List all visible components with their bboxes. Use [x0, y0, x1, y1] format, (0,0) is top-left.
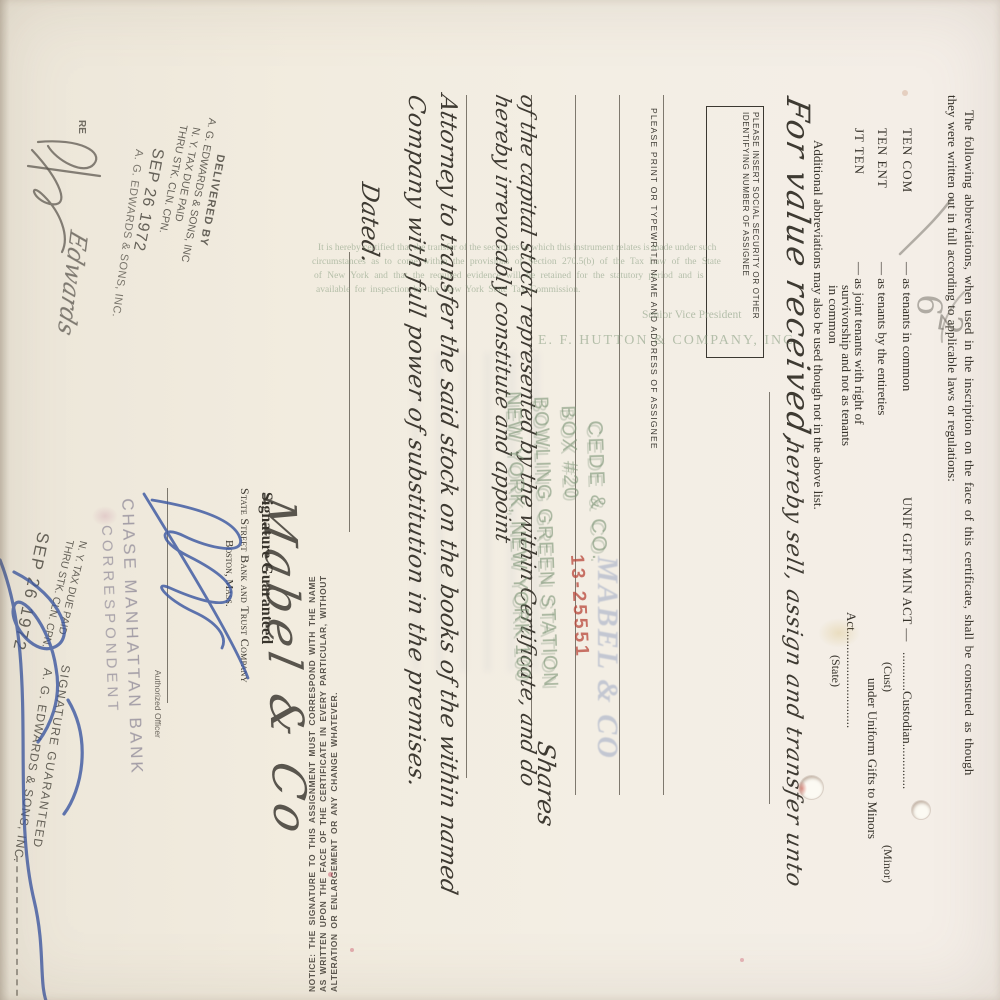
abbr-jt-ten-def-2: survivorship and not as tenants — [840, 285, 853, 446]
unif-cust-label: (Cust) — [882, 662, 894, 692]
chase-stamp-line-2: CORRESPONDENT — [99, 525, 121, 715]
unif-under-line: under Uniform Gifts to Minors — [866, 678, 879, 839]
unif-minor-label: (Minor) — [882, 845, 894, 883]
re-stamp: RE — [76, 120, 86, 134]
cede-stamp-line-1: CEDE & CO. — [584, 420, 610, 562]
hutton-stamp-line-3: of New York and that the required eviden… — [314, 272, 704, 282]
header-line-1: The following abbreviations, when used i… — [963, 110, 976, 776]
fill-line — [663, 95, 664, 795]
abbr-jt-ten-def-3: in common — [827, 285, 840, 344]
hutton-stamp-line-2: circumstances as to come within the prov… — [312, 258, 721, 268]
abbr-ten-ent-def: — as tenants by the entireties — [876, 262, 889, 415]
abbr-jt-ten-def-1: — as joint tenants with right of — [853, 262, 866, 424]
officer-signature-line — [167, 488, 168, 703]
unif-act-fill-line: Act.............................. — [845, 612, 858, 728]
ss-box-caption-2: IDENTIFYING NUMBER OF ASSIGNEE — [741, 112, 749, 277]
notice-line-3: ALTERATION OR ENLARGEMENT OR ANY CHANGE … — [330, 692, 339, 992]
notice-line-2: AS WRITTEN UPON THE FACE OF THE CERTIFIC… — [319, 575, 328, 992]
cede-stamp-line-2: BOX #20 — [558, 405, 581, 501]
authorized-officer-label: Authorized Officer — [154, 670, 163, 738]
hutton-stamp-signer: Senior Vice President — [642, 310, 741, 322]
sell-assign-script: hereby sell, assign and transfer unto — [782, 438, 804, 890]
hutton-stamp-line-1: It is hereby certified that the transfer… — [318, 244, 716, 254]
rotated-document: The following abbreviations, when used i… — [0, 0, 1000, 1000]
fill-line — [769, 392, 770, 804]
abbr-jt-ten: JT TEN — [853, 128, 866, 175]
abbr-ten-com-def: — as tenants in common — [901, 262, 914, 391]
hutton-stamp-company: E. F. HUTTON & COMPANY, INC. — [538, 334, 800, 348]
pencil-annotation-6: 6 — [911, 293, 947, 318]
guarantor-bank-name: State Street Bank and Trust Company — [239, 488, 251, 683]
scan-edge-shadow — [0, 0, 10, 1000]
company-script: Company with full power of substitution … — [404, 93, 427, 790]
certificate-number-stamp: 13-25551 — [567, 554, 591, 659]
stock-certificate-back-scan: The following abbreviations, when used i… — [0, 0, 1000, 1000]
unif-gift-label: UNIF GIFT MIN ACT — — [901, 497, 914, 642]
abbr-ten-com: TEN COM — [901, 128, 914, 193]
perforation-dashes — [16, 856, 18, 1000]
header-line-2: they were written out in full according … — [946, 95, 959, 482]
unif-custodian-fill-line: ............Custodian.............. — [901, 652, 914, 789]
holder-name-show-through: MABEL & CO — [592, 556, 622, 760]
guarantor-bank-city: Boston, Mass. — [223, 540, 234, 607]
punch-hole-1 — [800, 776, 823, 799]
for-value-received-script: For value received, — [782, 95, 814, 451]
unif-state-label: (State) — [830, 655, 842, 687]
fill-line — [466, 95, 467, 778]
hutton-stamp-line-4: available for inspection by the New York… — [316, 286, 580, 296]
chase-stamp-line-1: CHASE MANHATTAN BANK — [119, 498, 146, 776]
signature-guaranteed-title: Signature Guaranteed — [258, 492, 274, 644]
punch-hole-2 — [912, 801, 930, 819]
ss-box-caption-1: PLEASE INSERT SOCIAL SECURITY OR OTHER — [751, 112, 759, 319]
edwards-script-signature: Edwards — [54, 228, 91, 340]
attorney-script: Attorney to transfer the said stock on t… — [436, 93, 459, 897]
abbr-ten-ent: TEN ENT — [876, 128, 889, 189]
